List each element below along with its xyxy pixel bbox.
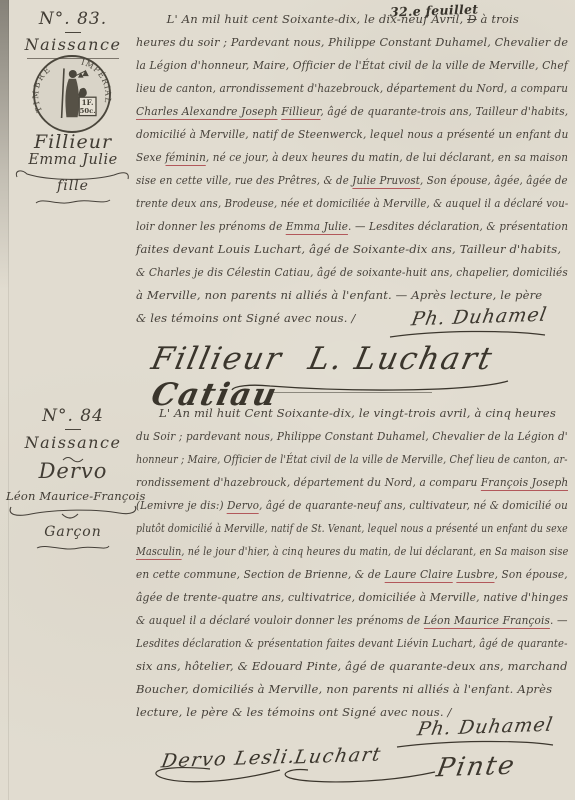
record-2-sex-flourish (12, 542, 134, 554)
record-2-given-names: Léon Maurice-François (6, 489, 140, 503)
record-2-body: L' An mil huit Cent Soixante-dix, le vin… (136, 402, 568, 724)
signature-pinte: Pinte (434, 751, 518, 784)
handwritten-line: plutôt domicilié à Merville, natif de St… (136, 517, 485, 540)
handwritten-line: âgée de trente-quatre ans, cultivatrice,… (136, 586, 536, 609)
record-2-given-flourish (6, 503, 140, 521)
record-1-sex-flourish (12, 196, 134, 208)
record-2-witness-flourish (150, 766, 440, 788)
record-2-type: Naissance (12, 433, 134, 452)
record-1-number-dash (12, 31, 134, 33)
handwritten-line: Sexe féminin, né ce jour, à deux heures … (136, 146, 522, 169)
record-2-number: N°. 84 (12, 406, 134, 426)
handwritten-line: Lesdites déclaration & présentation fait… (136, 632, 509, 655)
handwritten-line: & auquel il a déclaré vouloir donner les… (136, 609, 527, 632)
record-1-official-signature-flourish (388, 328, 548, 342)
handwritten-line: la Légion d'honneur, Maire, Officier de … (136, 54, 533, 77)
signature-fillieur: Fillieur (148, 341, 286, 377)
record-2-number-dash (12, 428, 134, 430)
handwritten-line: à Merville, non parents ni alliés à l'en… (136, 284, 568, 307)
record-2-official-signature-flourish (395, 738, 555, 752)
record-2-official-signature: Ph. Duhamel (416, 714, 555, 741)
handwritten-line: Charles Alexandre Joseph Fillieur, âgé d… (136, 100, 531, 123)
record-1-surname: Fillieur (12, 131, 134, 153)
handwritten-line: en cette commune, Section de Brienne, & … (136, 563, 528, 586)
record-divider (272, 392, 432, 393)
signature-luchart: L. Luchart (306, 341, 498, 377)
record-1-number: N°. 83. (12, 9, 134, 29)
handwritten-line: (Lemivre je dis:) Dervo, âgé de quarante… (136, 494, 520, 517)
record-1-type: Naissance (12, 35, 134, 54)
record-1-body: L' An mil huit cent Soixante-dix, le dix… (136, 8, 568, 330)
handwritten-line: & Charles je dis Célestin Catiau, âgé de… (136, 261, 526, 284)
handwritten-line: honneur ; Maire, Officier de l'État civi… (136, 448, 496, 471)
handwritten-line: loir donner les prénoms de Emma Julie. —… (136, 215, 526, 238)
handwritten-line: Boucher, domiciliés à Merville, non pare… (136, 678, 568, 701)
handwritten-line: rondissement d'hazebrouck, département d… (136, 471, 528, 494)
handwritten-line: domicilié à Merville, natif de Steenwerc… (136, 123, 531, 146)
handwritten-line: du Soir ; pardevant nous, Philippe Const… (136, 425, 525, 448)
handwritten-line: lieu de canton, arrondissement d'hazebro… (136, 77, 523, 100)
handwritten-line: trente deux ans, Brodeuse, née et domici… (136, 192, 512, 215)
stamp-denomination-bottom: 50c. (80, 107, 96, 115)
handwritten-line: Masculin, né le jour d'hier, à cinq heur… (136, 540, 494, 563)
handwritten-line: faites devant Louis Luchart, âgé de Soix… (136, 238, 568, 261)
signature-luchart-2: Luchart (293, 744, 384, 769)
handwritten-line: six ans, hôtelier, & Edouard Pinte, âgé … (136, 655, 565, 678)
handwritten-line: L' An mil huit Cent Soixante-dix, le vin… (136, 402, 568, 425)
imperial-stamp-icon: TIMBRE IMPÉRIAL 1F. 50c. (32, 54, 112, 134)
record-1-given-names: Emma Julie (12, 152, 134, 168)
page-fold-line (8, 0, 9, 800)
record-2-surname: Dervo (12, 459, 134, 483)
record-2-sex: Garçon (12, 524, 134, 540)
stamp-denomination-top: 1F. (82, 98, 94, 107)
handwritten-line: L' An mil huit cent Soixante-dix, le dix… (136, 8, 568, 31)
stamp-figure-body (65, 79, 79, 117)
handwritten-line: heures du soir ; Pardevant nous, Philipp… (136, 31, 553, 54)
stamp-figure-head (69, 70, 77, 78)
handwritten-line: sise en cette ville, rue des Prêtres, & … (136, 169, 516, 192)
record-1-sex: fille (12, 178, 134, 194)
